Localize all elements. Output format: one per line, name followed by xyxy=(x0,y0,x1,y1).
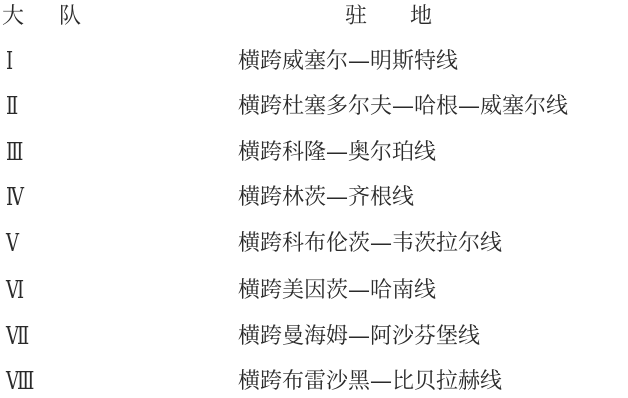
table-row: Ⅲ 横跨科隆—奥尔珀线 xyxy=(0,138,628,168)
table-row: Ⅵ 横跨美因茨—哈南线 xyxy=(0,276,628,306)
station-cell: 横跨科布伦茨—韦茨拉尔线 xyxy=(238,229,502,259)
unit-cell: Ⅱ xyxy=(6,92,18,122)
table-row: Ⅱ 横跨杜塞多尔夫—哈根—威塞尔线 xyxy=(0,92,628,122)
unit-cell: Ⅰ xyxy=(6,47,13,77)
station-cell: 横跨布雷沙黑—比贝拉赫线 xyxy=(238,367,502,397)
unit-cell: Ⅴ xyxy=(6,229,19,259)
station-cell: 横跨威塞尔—明斯特线 xyxy=(238,47,458,77)
header-unit: 大 队 xyxy=(2,2,95,32)
table-row: Ⅴ 横跨科布伦茨—韦茨拉尔线 xyxy=(0,229,628,259)
table-row: Ⅶ 横跨曼海姆—阿沙芬堡线 xyxy=(0,322,628,352)
unit-cell: Ⅲ xyxy=(6,138,23,168)
table-header-row: 大 队 驻 地 xyxy=(0,2,628,32)
station-cell: 横跨杜塞多尔夫—哈根—威塞尔线 xyxy=(238,92,568,122)
table-row: Ⅳ 横跨林茨—齐根线 xyxy=(0,183,628,213)
station-cell: 横跨美因茨—哈南线 xyxy=(238,276,436,306)
table-row: Ⅰ 横跨威塞尔—明斯特线 xyxy=(0,47,628,77)
station-cell: 横跨科隆—奥尔珀线 xyxy=(238,138,436,168)
station-cell: 横跨林茨—齐根线 xyxy=(238,183,414,213)
header-station: 驻 地 xyxy=(345,2,450,32)
unit-cell: Ⅷ xyxy=(6,367,34,397)
unit-cell: Ⅳ xyxy=(6,183,24,213)
unit-cell: Ⅵ xyxy=(6,276,24,306)
station-cell: 横跨曼海姆—阿沙芬堡线 xyxy=(238,322,480,352)
unit-cell: Ⅶ xyxy=(6,322,29,352)
table-row: Ⅷ 横跨布雷沙黑—比贝拉赫线 xyxy=(0,367,628,397)
